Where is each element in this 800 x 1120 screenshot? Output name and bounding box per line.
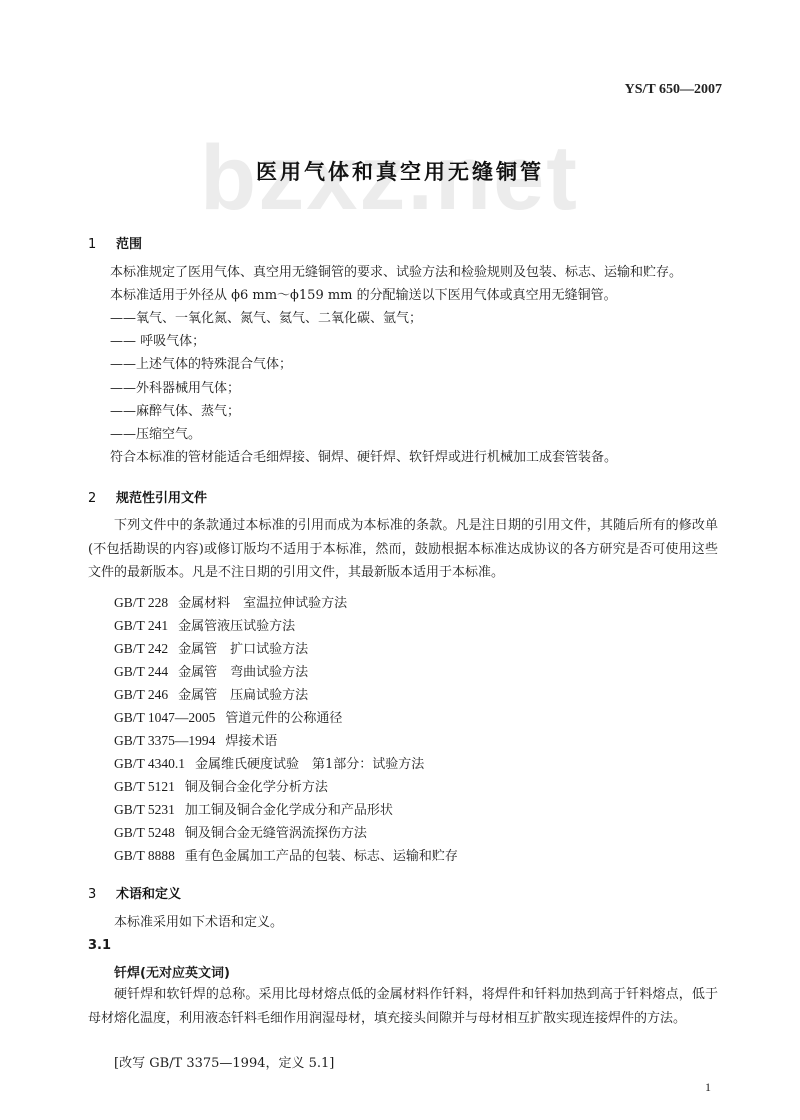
- scope-line: 本标准适用于外径从 ϕ6 mm～ϕ159 mm 的分配输送以下医用气体或真空用无…: [110, 287, 617, 305]
- term-note: [改写 GB/T 3375—1994，定义 5.1]: [114, 1055, 334, 1073]
- section-number: 2: [88, 491, 116, 506]
- section-title: 术语和定义: [116, 887, 181, 902]
- reference-title: 金属管 压扁试验方法: [178, 688, 308, 703]
- section-3-heading: 3术语和定义: [88, 883, 181, 902]
- reference-item: GB/T 244金属管 弯曲试验方法: [114, 661, 308, 680]
- references-intro: 下列文件中的条款通过本标准的引用而成为本标准的条款。凡是注日期的引用文件，其随后…: [88, 514, 718, 585]
- section-title: 规范性引用文件: [116, 491, 207, 506]
- section-title: 范围: [116, 237, 142, 252]
- reference-title: 金属材料 室温拉伸试验方法: [178, 596, 347, 611]
- scope-list-item: —— 呼吸气体；: [110, 333, 205, 351]
- reference-code: GB/T 8888: [114, 848, 175, 864]
- page-number: 1: [705, 1080, 711, 1095]
- reference-code: GB/T 3375—1994: [114, 733, 215, 749]
- reference-item: GB/T 241金属管液压试验方法: [114, 615, 295, 634]
- reference-code: GB/T 244: [114, 664, 168, 680]
- scope-list-item: ——外科器械用气体；: [110, 380, 240, 398]
- document-title: 医用气体和真空用无缝铜管: [0, 156, 800, 186]
- section-1-heading: 1范围: [88, 233, 142, 252]
- reference-item: GB/T 3375—1994焊接术语: [114, 730, 277, 749]
- reference-code: GB/T 241: [114, 618, 168, 634]
- reference-item: GB/T 246金属管 压扁试验方法: [114, 684, 308, 703]
- reference-code: GB/T 5231: [114, 802, 175, 818]
- terms-intro: 本标准采用如下术语和定义。: [114, 914, 283, 932]
- section-number: 3: [88, 887, 116, 902]
- reference-code: GB/T 246: [114, 687, 168, 703]
- section-2-heading: 2规范性引用文件: [88, 487, 207, 506]
- reference-item: GB/T 5231加工铜及铜合金化学成分和产品形状: [114, 799, 393, 818]
- reference-code: GB/T 228: [114, 595, 168, 611]
- reference-title: 金属管液压试验方法: [178, 619, 295, 634]
- reference-item: GB/T 8888重有色金属加工产品的包装、标志、运输和贮存: [114, 845, 458, 864]
- reference-code: GB/T 4340.1: [114, 756, 185, 772]
- reference-item: GB/T 5121铜及铜合金化学分析方法: [114, 776, 328, 795]
- standard-code: YS/T 650—2007: [625, 82, 722, 98]
- reference-title: 铜及铜合金无缝管涡流探伤方法: [185, 826, 367, 841]
- reference-title: 金属管 扩口试验方法: [178, 642, 308, 657]
- scope-list-item: ——氧气、一氧化氮、氮气、氦气、二氧化碳、氩气；: [110, 310, 422, 328]
- reference-code: GB/T 5248: [114, 825, 175, 841]
- reference-title: 加工铜及铜合金化学成分和产品形状: [185, 803, 393, 818]
- scope-line: 本标准规定了医用气体、真空用无缝铜管的要求、试验方法和检验规则及包装、标志、运输…: [110, 264, 682, 282]
- reference-title: 金属管 弯曲试验方法: [178, 665, 308, 680]
- term-heading: 钎焊(无对应英文词): [114, 962, 230, 981]
- subsection-number: 3.1: [88, 938, 111, 953]
- scope-line: 符合本标准的管材能适合毛细焊接、铜焊、硬钎焊、软钎焊或进行机械加工成套管装备。: [110, 449, 617, 467]
- reference-item: GB/T 5248铜及铜合金无缝管涡流探伤方法: [114, 822, 367, 841]
- reference-item: GB/T 228金属材料 室温拉伸试验方法: [114, 592, 347, 611]
- reference-title: 重有色金属加工产品的包装、标志、运输和贮存: [185, 849, 458, 864]
- reference-code: GB/T 1047—2005: [114, 710, 215, 726]
- scope-list-item: ——压缩空气。: [110, 426, 201, 444]
- reference-title: 管道元件的公称通径: [225, 711, 342, 726]
- reference-item: GB/T 242金属管 扩口试验方法: [114, 638, 308, 657]
- reference-code: GB/T 5121: [114, 779, 175, 795]
- reference-title: 焊接术语: [225, 734, 277, 749]
- section-number: 1: [88, 237, 116, 252]
- scope-list-item: ——麻醉气体、蒸气；: [110, 403, 240, 421]
- reference-item: GB/T 1047—2005管道元件的公称通径: [114, 707, 342, 726]
- reference-title: 铜及铜合金化学分析方法: [185, 780, 328, 795]
- term-definition: 硬钎焊和软钎焊的总称。采用比母材熔点低的金属材料作钎料，将焊件和钎料加热到高于钎…: [88, 983, 718, 1030]
- reference-code: GB/T 242: [114, 641, 168, 657]
- scope-list-item: ——上述气体的特殊混合气体；: [110, 356, 292, 374]
- reference-title: 金属维氏硬度试验 第1部分：试验方法: [195, 757, 424, 772]
- reference-item: GB/T 4340.1金属维氏硬度试验 第1部分：试验方法: [114, 753, 424, 772]
